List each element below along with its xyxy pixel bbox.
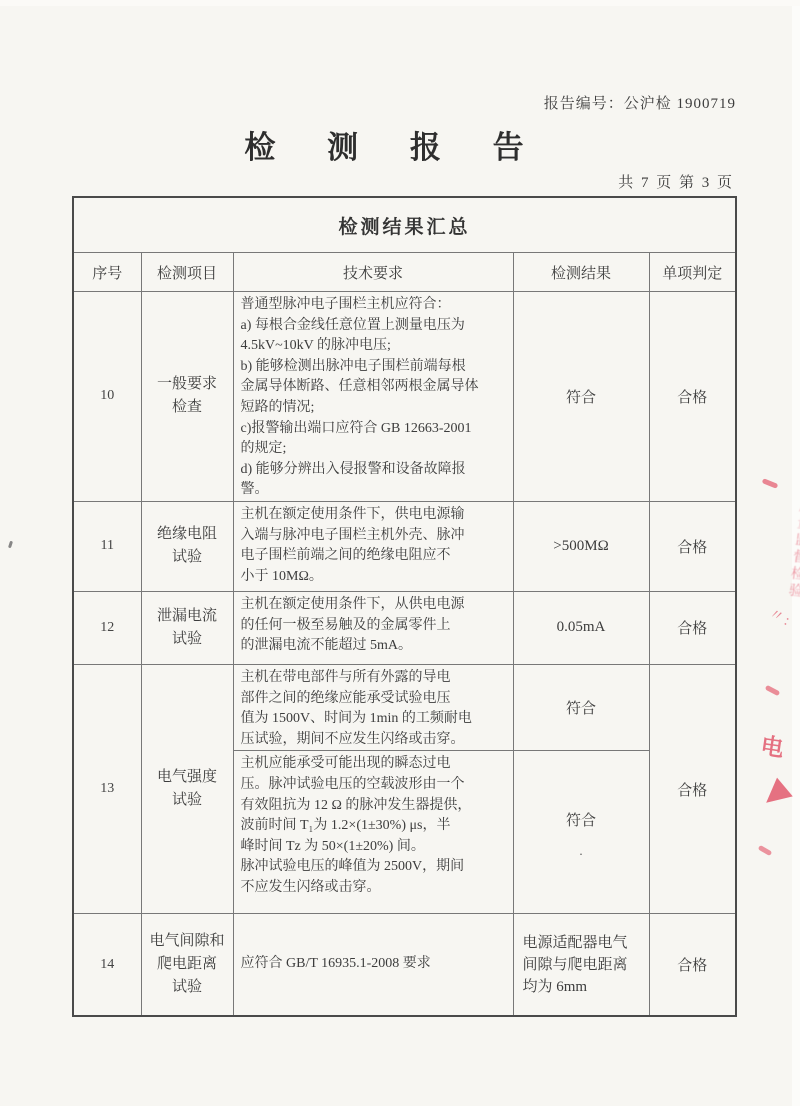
row13-requirement-b: 主机应能承受可能出现的瞬态过电 压。脉冲试验电压的空载波形由一个 有效阻抗为 1… (233, 751, 513, 914)
row13-result-a: 符合 (513, 664, 649, 750)
row11-result: >500MΩ (513, 501, 649, 591)
row11-verdict: 合格 (649, 501, 736, 591)
table-header-row: 序号 检测项目 技术要求 检测结果 单项判定 (73, 253, 736, 292)
row10-verdict: 合格 (649, 292, 736, 502)
row10-requirement: 普通型脉冲电子围栏主机应符合： a) 每根合金线任意位置上测量电压为 4.5kV… (233, 292, 513, 502)
row13-result-b: 符合 . (513, 751, 649, 914)
row11-seq: 11 (73, 501, 141, 591)
row13-result-b-text: 符合 (515, 809, 648, 830)
col-header-requirement: 技术要求 (233, 253, 513, 292)
row13-verdict: 合格 (649, 664, 736, 913)
row13-requirement-a: 主机在带电部件与所有外露的导电 部件之间的绝缘应能承受试验电压 值为 1500V… (233, 664, 513, 750)
page-edge-shade (792, 0, 800, 1106)
table-row: 11 绝缘电阻 试验 主机在额定使用条件下，供电电源输 入端与脉冲电子围栏主机外… (73, 501, 736, 591)
row14-item: 电气间隙和 爬电距离 试验 (141, 914, 233, 1016)
stamp-fragment-dash (765, 685, 781, 696)
row11-requirement: 主机在额定使用条件下，供电电源输 入端与脉冲电子围栏主机外壳、脉冲 电子围栏前端… (233, 501, 513, 591)
stamp-fragment-dash (762, 478, 779, 489)
row12-item: 泄漏电流 试验 (141, 591, 233, 664)
stray-ink-mark: . (515, 847, 648, 855)
scan-speck (8, 541, 13, 549)
row11-item: 绝缘电阻 试验 (141, 501, 233, 591)
row14-verdict: 合格 (649, 914, 736, 1016)
row14-seq: 14 (73, 914, 141, 1016)
document-title: 检 测 报 告 (0, 122, 790, 167)
row12-seq: 12 (73, 591, 141, 664)
row14-result: 电源适配器电气 间隙与爬电距离 均为 6mm (513, 914, 649, 1016)
stamp-fragment-dash (758, 845, 773, 856)
row10-seq: 10 (73, 292, 141, 502)
table-row: 14 电气间隙和 爬电距离 试验 应符合 GB/T 16935.1-2008 要… (73, 914, 736, 1016)
col-header-verdict: 单项判定 (649, 253, 736, 292)
row13-seq: 13 (73, 664, 141, 913)
table-row: 13 电气强度 试验 主机在带电部件与所有外露的导电 部件之间的绝缘应能承受试验… (73, 664, 736, 750)
report-number: 报告编号：公沪检 1900719 (544, 92, 736, 113)
table-title: 检测结果汇总 (73, 197, 736, 253)
stamp-fragment-character: 电 (759, 728, 786, 764)
col-header-item: 检测项目 (141, 253, 233, 292)
col-header-seq: 序号 (73, 253, 141, 292)
row12-verdict: 合格 (649, 591, 736, 664)
page-number-info: 共 7 页 第 3 页 (618, 171, 734, 192)
row10-result: 符合 (513, 292, 649, 502)
stamp-fragment-ditto-marks: 〃: (766, 602, 796, 631)
row10-item: 一般要求 检查 (141, 292, 233, 502)
page-edge-shade-top (0, 0, 800, 6)
row12-requirement: 主机在额定使用条件下，从供电电源 的任何一极至易触及的金属零件上 的泄漏电流不能… (233, 591, 513, 664)
table-row: 12 泄漏电流 试验 主机在额定使用条件下，从供电电源 的任何一极至易触及的金属… (73, 591, 736, 664)
col-header-result: 检测结果 (513, 253, 649, 292)
row12-result: 0.05mA (513, 591, 649, 664)
table-row: 10 一般要求 检查 普通型脉冲电子围栏主机应符合： a) 每根合金线任意位置上… (73, 292, 736, 502)
results-summary-table: 检测结果汇总 序号 检测项目 技术要求 检测结果 单项判定 10 一般要求 检查… (72, 196, 737, 1017)
row13-item: 电气强度 试验 (141, 664, 233, 913)
row14-requirement: 应符合 GB/T 16935.1-2008 要求 (233, 914, 513, 1016)
